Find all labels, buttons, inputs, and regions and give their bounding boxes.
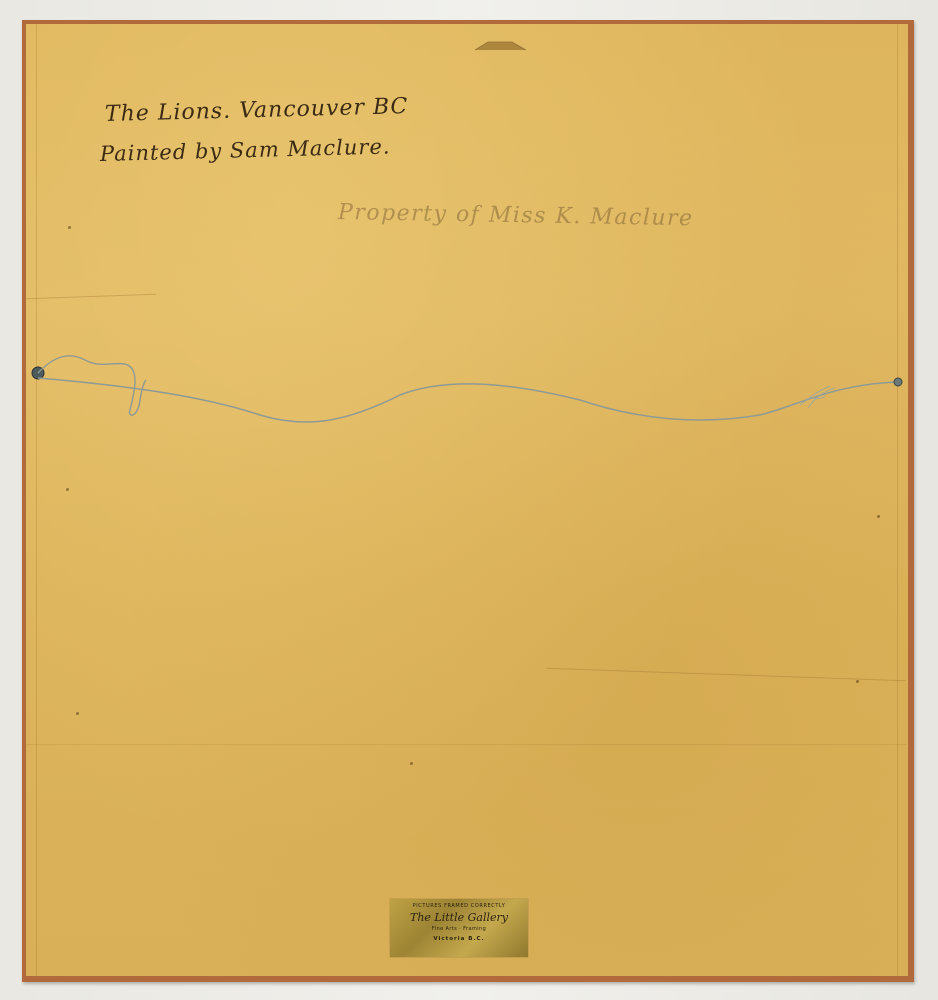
label-gallery-name: The Little Gallery [390, 911, 528, 924]
paper-speck [877, 515, 880, 518]
paper-speck [410, 762, 413, 765]
paper-tear [470, 38, 530, 52]
kraft-paper-backing [26, 24, 908, 976]
paper-speck [66, 488, 69, 491]
paper-speck [68, 226, 71, 229]
paper-speck [856, 680, 859, 683]
label-subline: Fine Arts · Framing [390, 926, 528, 932]
paper-speck [76, 712, 79, 715]
gallery-label: Pictures Framed Correctly The Little Gal… [390, 899, 528, 957]
paper-crease [26, 294, 156, 300]
label-city: Victoria B.C. [390, 936, 528, 942]
paper-crease [546, 668, 906, 682]
label-tagline: Pictures Framed Correctly [390, 903, 528, 909]
paper-crease [26, 744, 906, 745]
